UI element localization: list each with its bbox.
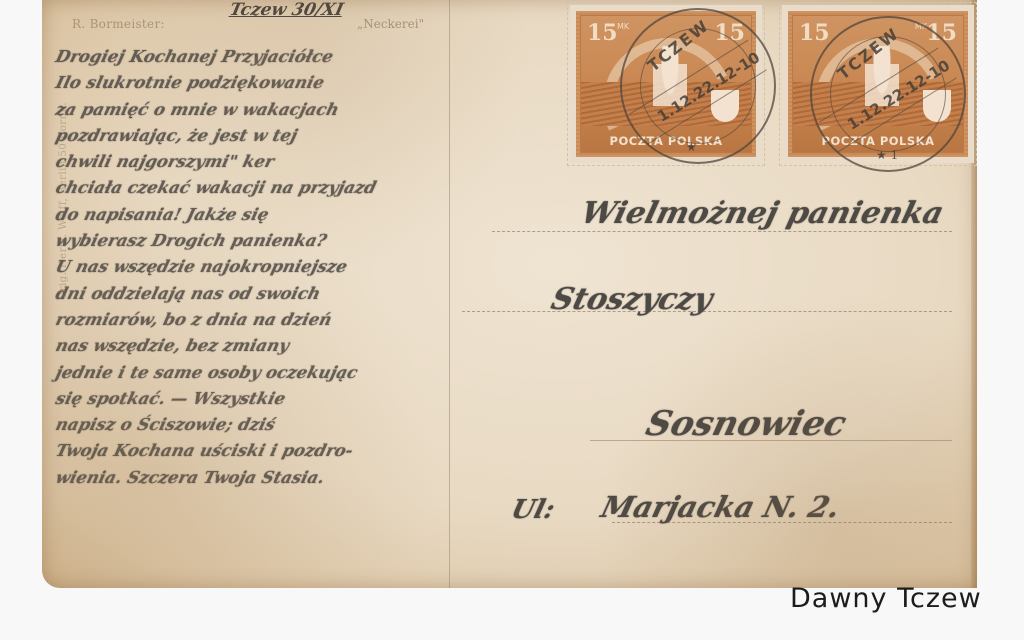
message-line: wienia. Szczera Twoja Stasia. bbox=[53, 465, 500, 491]
address-city: Sosnowiec bbox=[642, 404, 850, 444]
message-line: jednie i te same osoby oczekując bbox=[53, 360, 500, 386]
series-title: „Neckerei" bbox=[357, 17, 424, 31]
message-line: napisz o Ściszowie; dziś bbox=[53, 412, 500, 438]
postmark: TCZEW 1.12.22.12-10 ★ bbox=[620, 8, 776, 164]
handwritten-message: Drogiej Kochanej Przyjaciółce Ilo slukro… bbox=[56, 44, 496, 491]
message-line: Ilo slukrotnie podziękowanie bbox=[53, 70, 500, 96]
postmark: TCZEW 1.12.22.12-10 ★ 1 bbox=[810, 16, 966, 172]
message-line: za pamięć o mnie w wakacjach bbox=[53, 97, 500, 123]
watermark: Dawny Tczew bbox=[790, 583, 982, 614]
message-line: chciała czekać wakacji na przyjazd bbox=[53, 175, 500, 201]
message-line: pozdrawiając, że jest w tej bbox=[53, 123, 500, 149]
address-recipient-title: Wielmożnej panienka bbox=[578, 196, 948, 231]
postmark-star-icon: ★ 1 bbox=[876, 148, 898, 162]
message-line: Twoja Kochana uściski i pozdro- bbox=[53, 438, 500, 464]
message-line: dni oddzielają nas od swoich bbox=[53, 281, 500, 307]
message-line: rozmiarów, bo z dnia na dzień bbox=[53, 307, 500, 333]
message-line: Drogiej Kochanej Przyjaciółce bbox=[53, 44, 500, 70]
stamp-value: 15 bbox=[587, 20, 618, 46]
message-line: chwili najgorszymi" ker bbox=[53, 149, 500, 175]
stamp-value: 15 bbox=[799, 20, 830, 46]
address-recipient-name: Stoszyczy bbox=[548, 282, 716, 317]
postcard-back: R. Bormeister: „Neckerei" Tczew 30/XI Or… bbox=[42, 0, 977, 588]
postmark-star-icon: ★ bbox=[686, 140, 697, 154]
message-line: U nas wszędzie najokropniejsze bbox=[53, 254, 500, 280]
address-street: Marjacka N. 2. bbox=[598, 490, 844, 524]
message-line: do napisania! Jakże się bbox=[53, 202, 500, 228]
message-line: wybierasz Drogich panienka? bbox=[53, 228, 500, 254]
address-street-label: Ul: bbox=[508, 495, 558, 525]
message-line: nas wszędzie, bez zmiany bbox=[53, 333, 500, 359]
handwritten-date: Tczew 30/XI bbox=[228, 0, 345, 20]
address-rule bbox=[492, 231, 952, 232]
message-line: się spotkać. — Wszystkie bbox=[53, 386, 500, 412]
stamp-currency: MK bbox=[617, 22, 629, 31]
publisher-imprint: R. Bormeister: bbox=[72, 17, 165, 31]
